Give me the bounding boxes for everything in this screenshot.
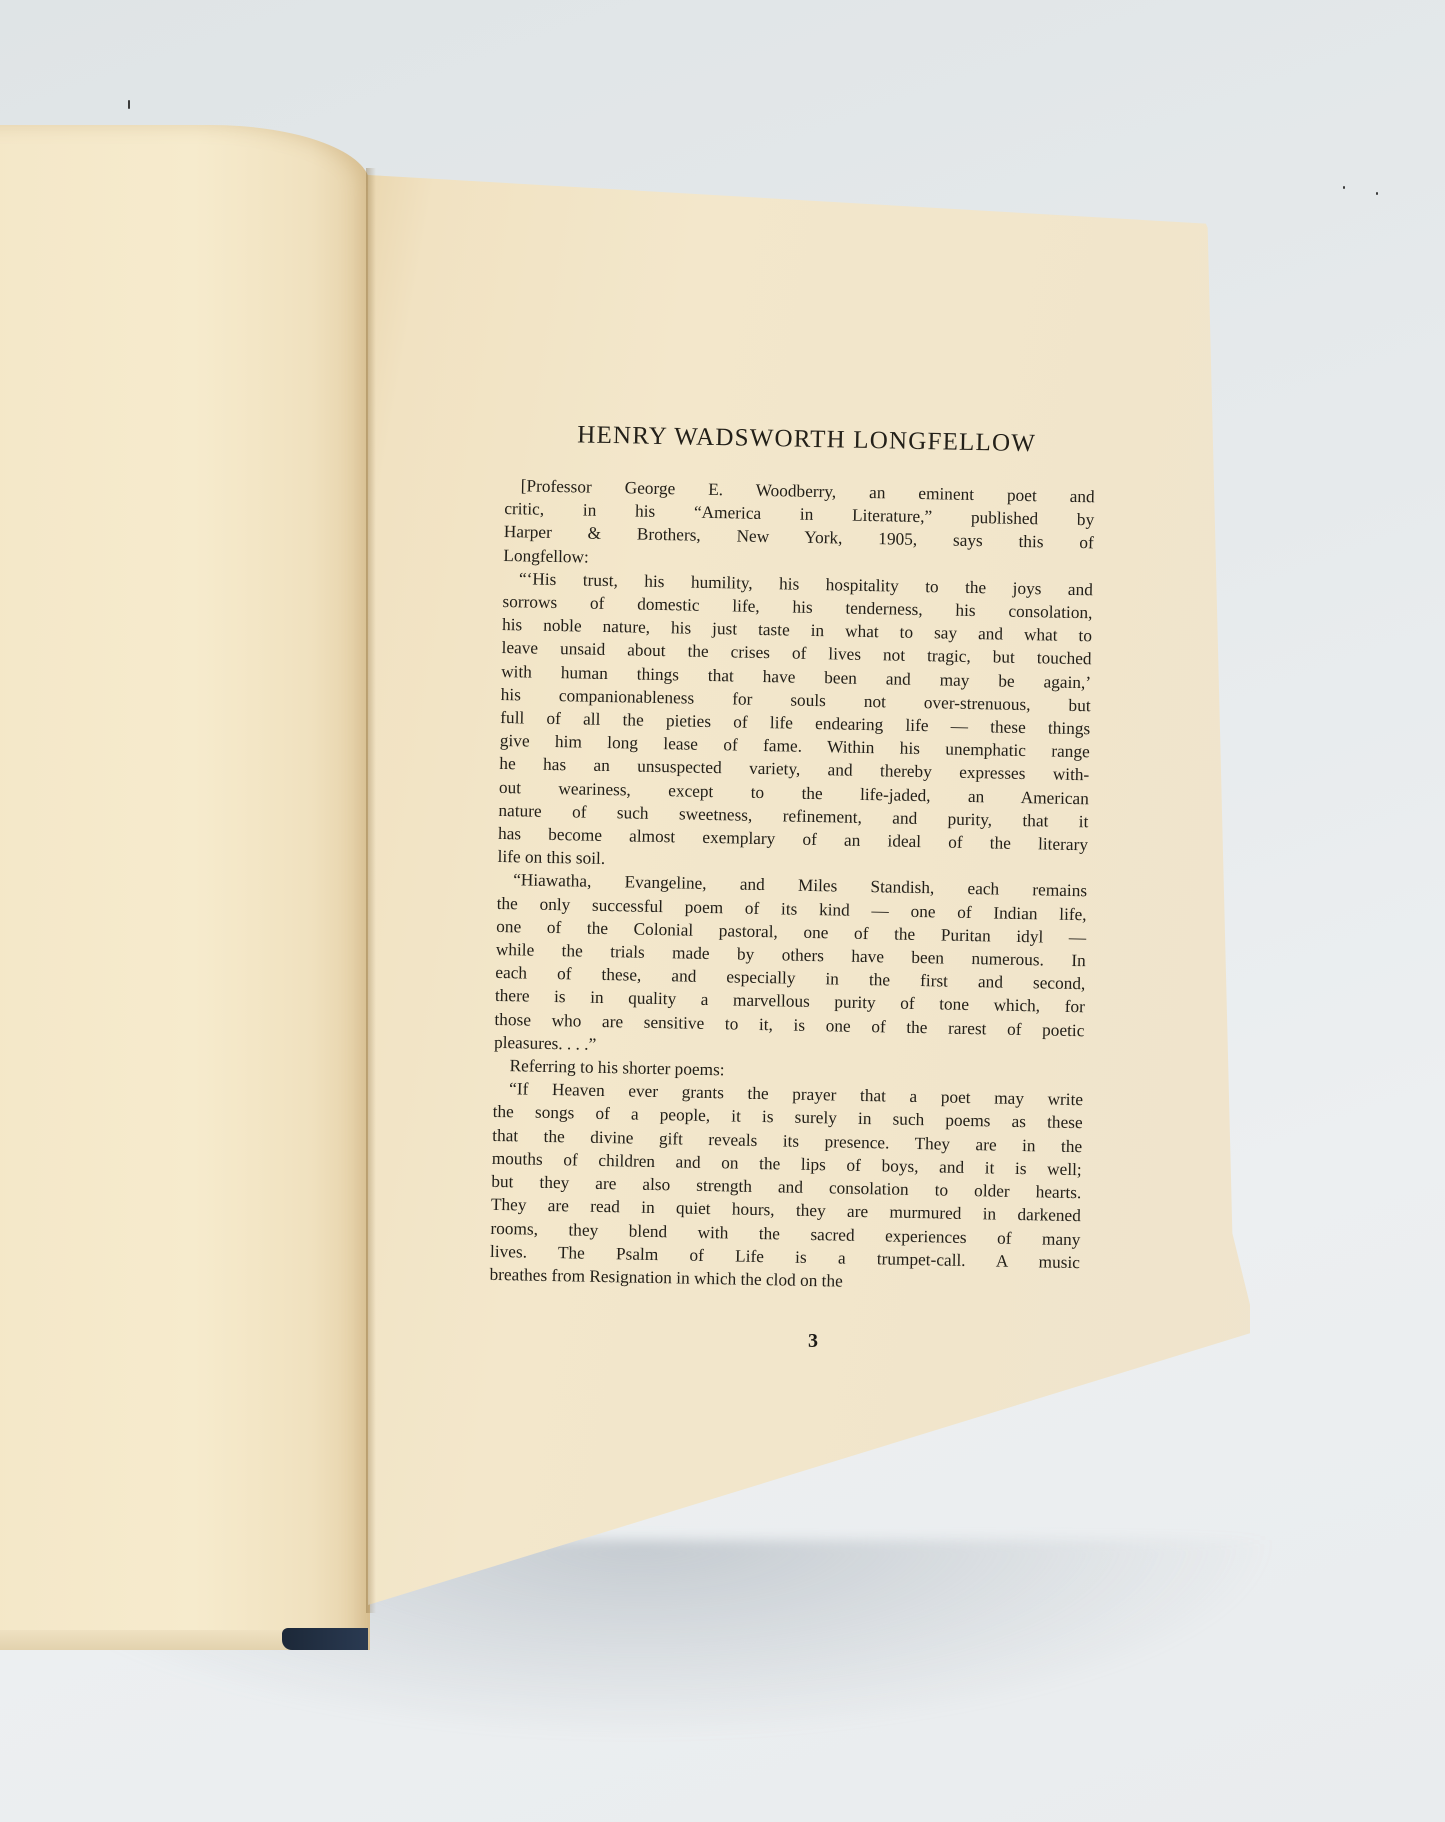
paragraph: “‘His trust, his humility, his hospitali… (497, 567, 1093, 880)
surface-speck (128, 100, 130, 109)
book-gutter (366, 168, 376, 1613)
page-text-block: HENRY WADSWORTH LONGFELLOW [Professor Ge… (489, 420, 1096, 1297)
book-cover-spine (282, 1628, 368, 1650)
left-page (0, 125, 370, 1650)
surface-speck (1376, 192, 1378, 195)
page-body: [Professor George E. Woodberry, an emine… (489, 474, 1094, 1297)
paragraph: [Professor George E. Woodberry, an emine… (503, 474, 1095, 578)
paragraph: “Hiawatha, Evangeline, and Miles Standis… (494, 868, 1087, 1065)
surface-speck (1343, 186, 1345, 189)
page-number: 3 (808, 1330, 818, 1353)
paragraph: “If Heaven ever grants the prayer that a… (489, 1077, 1083, 1297)
